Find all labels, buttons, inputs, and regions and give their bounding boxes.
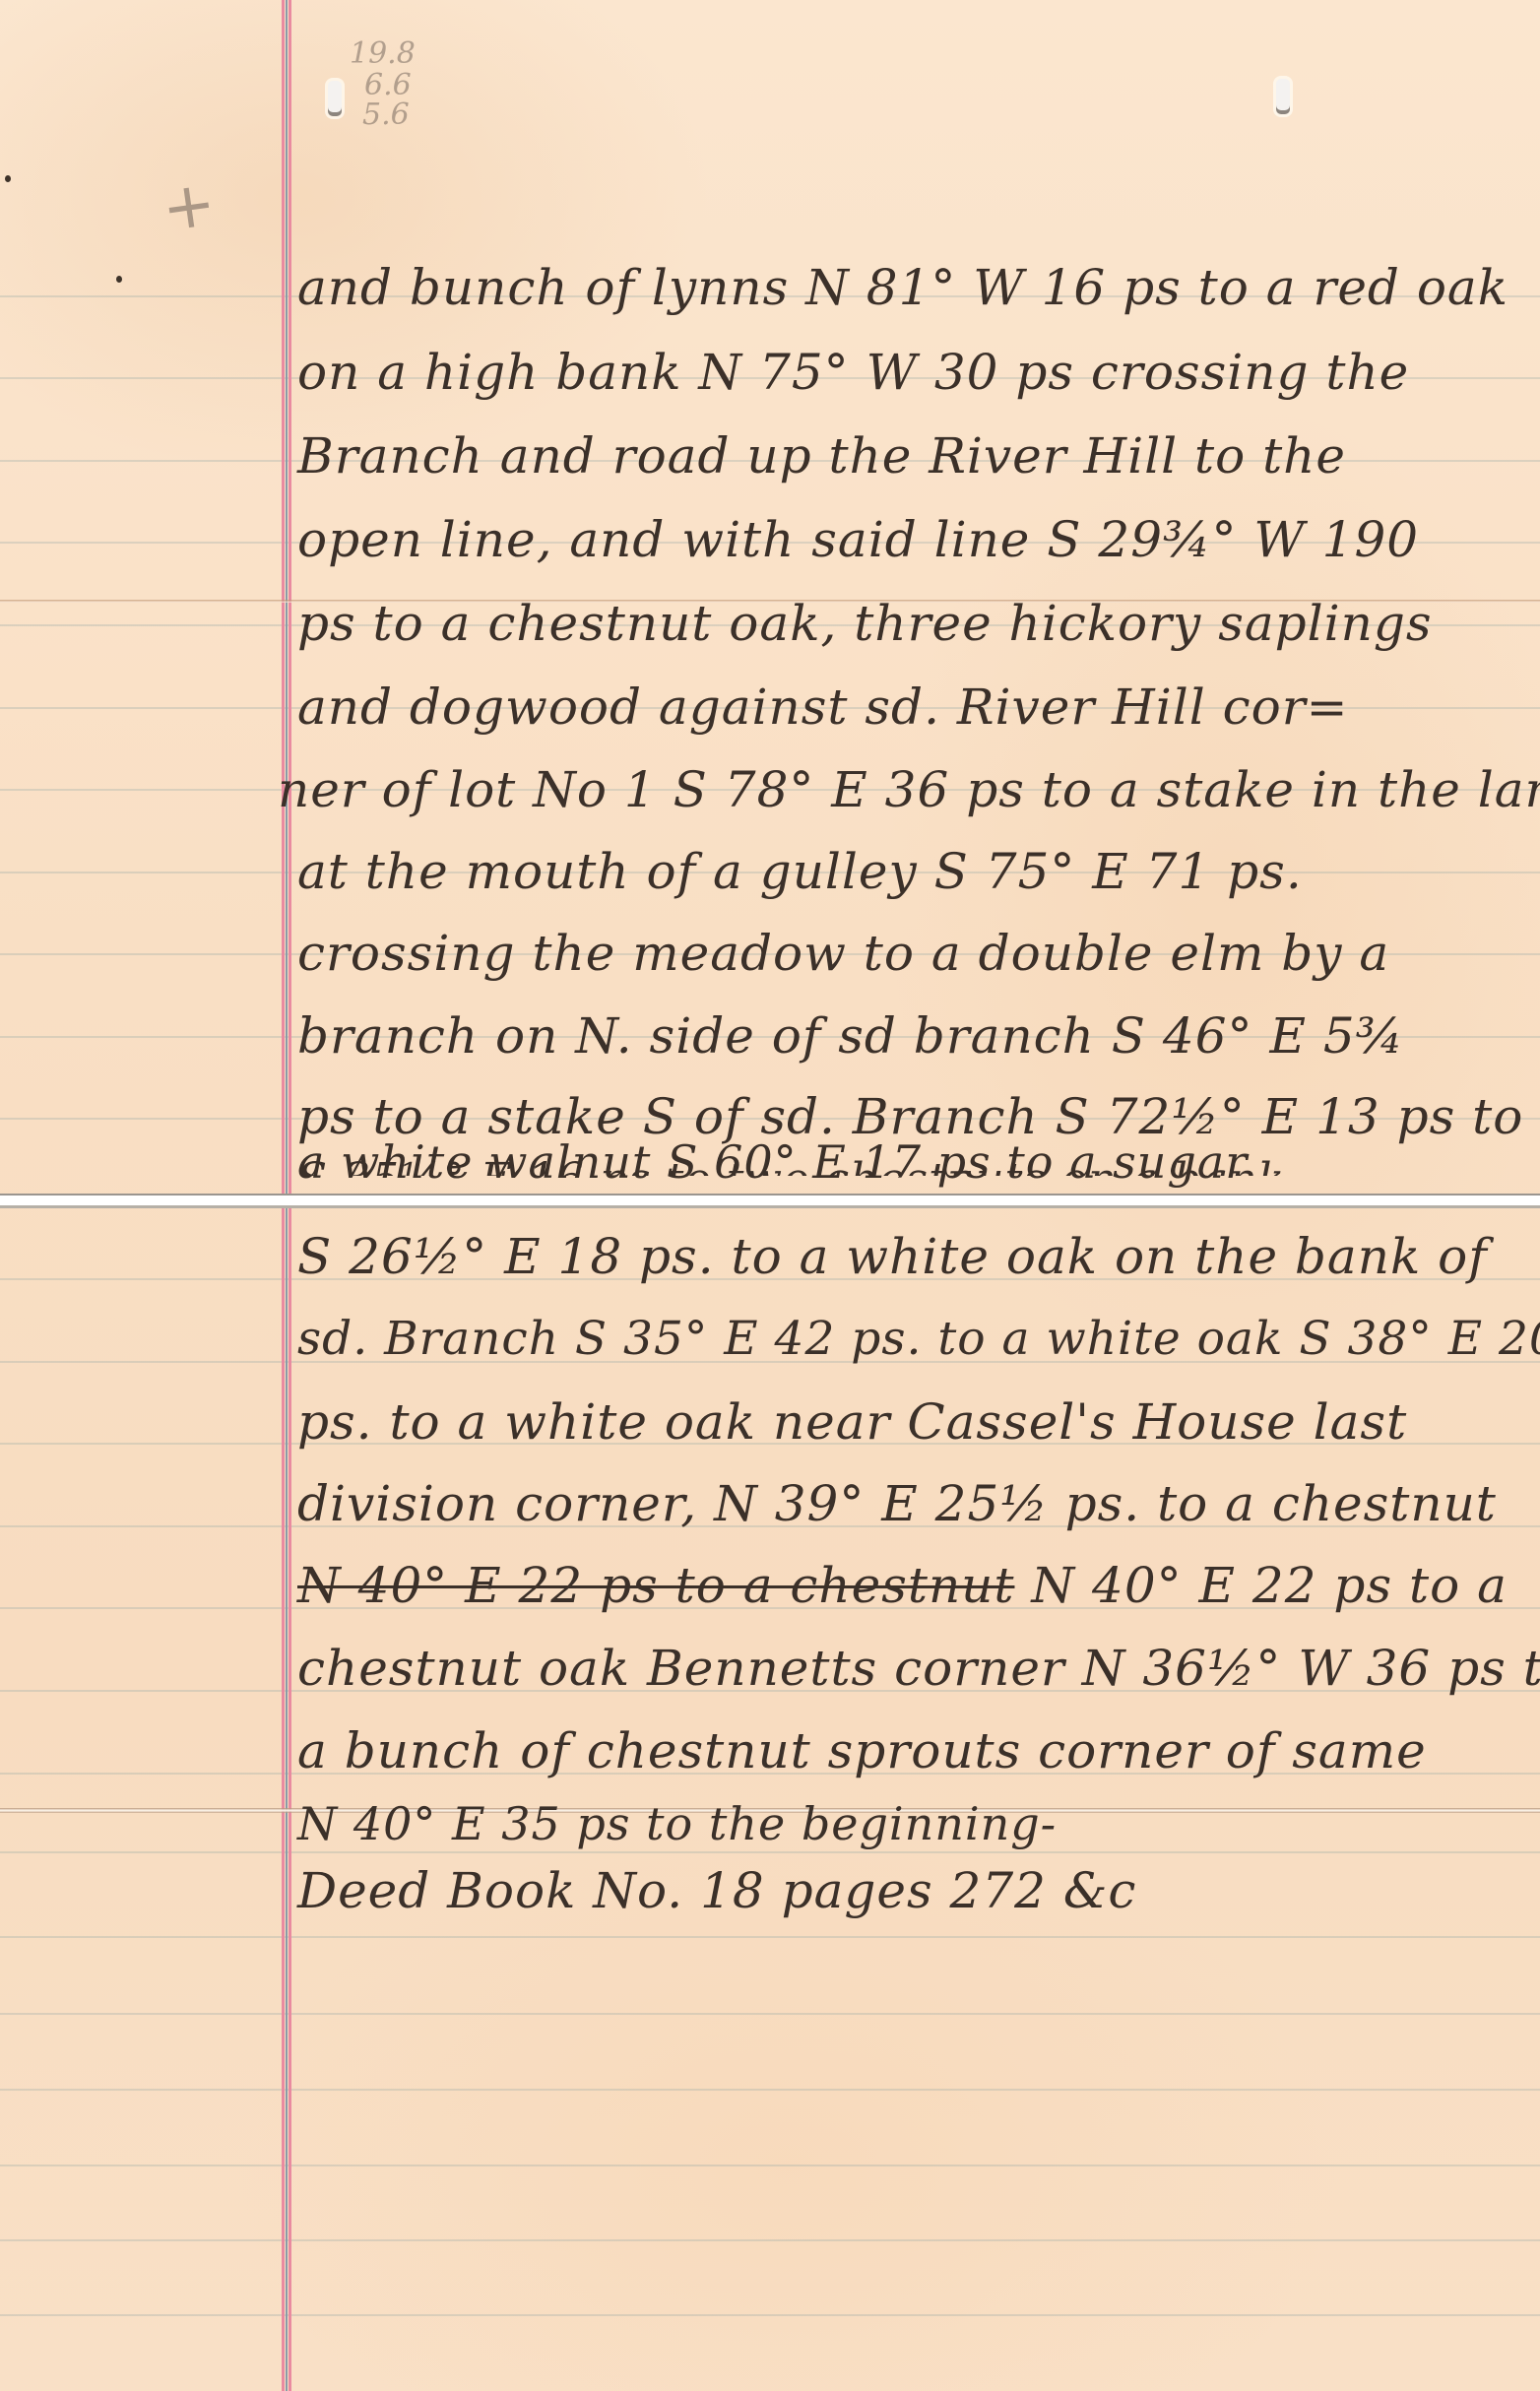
handwritten-line: ner of lot No 1 S 78° E 36 ps to a stake… bbox=[278, 760, 1540, 819]
handwritten-line: crossing the meadow to a double elm by a bbox=[297, 924, 1389, 983]
deed-book-reference: Deed Book No. 18 pages 272 &c bbox=[297, 1861, 1136, 1920]
ink-spot bbox=[116, 276, 122, 283]
rule-line bbox=[0, 2013, 1540, 2015]
struck-text: N 40° E 22 ps to a chestnut bbox=[297, 1557, 1014, 1614]
handwritten-line: ps to a chestnut oak, three hickory sapl… bbox=[297, 594, 1433, 653]
handwritten-line: sd. Branch S 35° E 42 ps. to a white oak… bbox=[297, 1310, 1540, 1369]
handwritten-line: N 40° E 35 ps to the beginning- bbox=[297, 1794, 1057, 1853]
handwritten-line: open line, and with said line S 29¾° W 1… bbox=[297, 510, 1419, 569]
handwritten-line: division corner, N 39° E 25½ ps. to a ch… bbox=[297, 1474, 1497, 1533]
margin-cross-mark: + bbox=[159, 172, 220, 242]
handwritten-line-with-strikeout: N 40° E 22 ps to a chestnut N 40° E 22 p… bbox=[297, 1556, 1508, 1615]
rule-line bbox=[0, 2239, 1540, 2241]
rule-line bbox=[0, 2165, 1540, 2166]
punch-hole bbox=[1276, 79, 1290, 114]
pencil-note: 6.6 bbox=[364, 71, 412, 100]
paper-tear bbox=[0, 1194, 1540, 1208]
pencil-note: 5.6 bbox=[362, 100, 410, 130]
handwritten-line: S 26½° E 18 ps. to a white oak on the ba… bbox=[297, 1227, 1488, 1286]
handwritten-line: branch on N. side of sd branch S 46° E 5… bbox=[297, 1006, 1404, 1066]
handwritten-line: and dogwood against sd. River Hill cor= bbox=[297, 678, 1349, 737]
handwritten-line: on a high bank N 75° W 30 ps crossing th… bbox=[297, 343, 1409, 402]
handwritten-line: Branch and road up the River Hill to the bbox=[297, 426, 1346, 485]
punch-hole bbox=[328, 81, 342, 116]
handwritten-line: chestnut oak Bennetts corner N 36½° W 36… bbox=[297, 1639, 1540, 1698]
line-text: N 40° E 22 ps to a bbox=[1014, 1557, 1507, 1614]
handwritten-line: a bunch of chestnut sprouts corner of sa… bbox=[297, 1721, 1427, 1780]
handwritten-line: ps. to a white oak near Cassel's House l… bbox=[297, 1392, 1407, 1452]
rule-line bbox=[0, 1936, 1540, 1938]
rule-line bbox=[0, 2089, 1540, 2091]
rule-line bbox=[0, 2314, 1540, 2316]
handwritten-line: at the mouth of a gulley S 75° E 71 ps. bbox=[297, 842, 1303, 901]
ink-spot bbox=[5, 175, 11, 182]
document-page: 19.8 6.6 5.6 + and bunch of lynns N 81° … bbox=[0, 0, 1540, 2391]
pencil-note: 19.8 bbox=[350, 39, 416, 69]
handwritten-line: and bunch of lynns N 81° W 16 ps to a re… bbox=[297, 258, 1508, 317]
